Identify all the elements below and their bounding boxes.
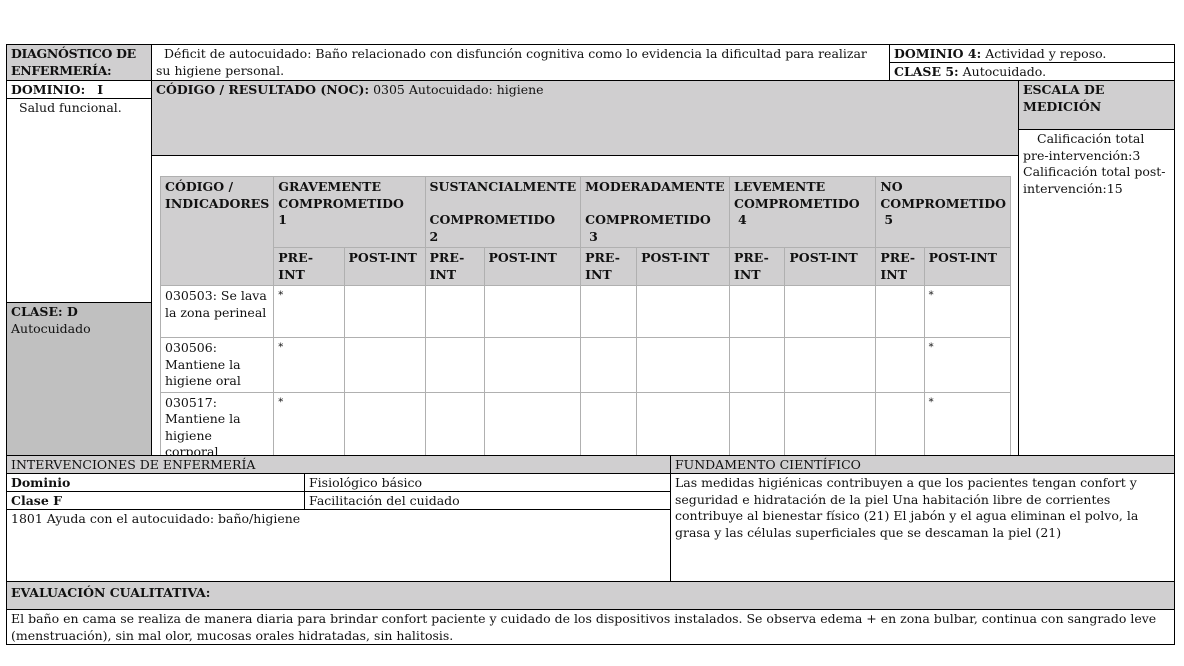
subheader: PRE-INT [876, 248, 924, 286]
escala-label: ESCALA DE MEDICIÓN [1018, 80, 1175, 130]
indicator-label: 030503: Se lava la zona perineal [161, 286, 274, 338]
indicator-label: 030517: Mantiene la higiene corporal [161, 392, 274, 463]
evaluacion-text: El baño en cama se realiza de manera dia… [6, 609, 1175, 645]
subheader: POST-INT [785, 248, 876, 286]
fundamento-text: Las medidas higiénicas contribuyen a que… [670, 473, 1175, 582]
clase-5-value: Autocuidado. [963, 64, 1046, 79]
score-cell [484, 392, 581, 463]
diagnostico-clase: CLASE 5: Autocuidado. [889, 62, 1175, 81]
left-dominio-value: I [97, 82, 103, 97]
noc-value: 0305 Autocuidado: higiene [373, 82, 544, 97]
subheader: POST-INT [344, 248, 425, 286]
escala-pre-value: 3 [1132, 148, 1140, 163]
score-cell [581, 286, 637, 338]
subheader: POST-INT [924, 248, 1010, 286]
subheader-row: PRE-INT POST-INT PRE-INT POST-INT PRE-IN… [161, 248, 1011, 286]
score-cell: * [274, 338, 344, 393]
left-clase-text: Autocuidado [11, 321, 147, 338]
score-cell: * [924, 338, 1010, 393]
indicators-table: CÓDIGO / INDICADORES GRAVEMENTECOMPROMET… [160, 176, 1011, 464]
escala-pre-label: Calificación total pre-intervención: [1023, 131, 1144, 163]
evaluacion-title: EVALUACIÓN CUALITATIVA: [6, 581, 1175, 610]
clase-5-label: CLASE 5: [894, 64, 959, 79]
score-cell [637, 286, 730, 338]
intervenciones-clase-label: Clase F [6, 491, 305, 510]
indicator-row: 030503: Se lava la zona perineal** [161, 286, 1011, 338]
subheader: PRE-INT [425, 248, 484, 286]
intervenciones-title: INTERVENCIONES DE ENFERMERÍA [6, 455, 671, 474]
score-cell [730, 286, 785, 338]
intervenciones-text: 1801 Ayuda con el autocuidado: baño/higi… [6, 509, 671, 582]
header-level-4: LEVEMENTECOMPROMETIDO4 [730, 177, 876, 248]
noc-header: CÓDIGO / RESULTADO (NOC): 0305 Autocuida… [151, 80, 1019, 156]
score-cell [637, 338, 730, 393]
left-clase: CLASE: D Autocuidado [6, 302, 152, 456]
subheader: POST-INT [484, 248, 581, 286]
header-level-5: NOCOMPROMETIDO5 [876, 177, 1011, 248]
score-cell [637, 392, 730, 463]
score-cell [876, 338, 924, 393]
noc-label: CÓDIGO / RESULTADO (NOC): [156, 82, 369, 97]
score-cell [876, 286, 924, 338]
score-cell [484, 286, 581, 338]
dominio-4-label: DOMINIO 4: [894, 46, 981, 61]
score-cell [785, 338, 876, 393]
header-level-3: MODERADAMENTE COMPROMETIDO3 [581, 177, 730, 248]
indicator-row: 030517: Mantiene la higiene corporal** [161, 392, 1011, 463]
score-cell [484, 338, 581, 393]
score-cell [876, 392, 924, 463]
score-cell: * [274, 392, 344, 463]
header-level-1: GRAVEMENTECOMPROMETIDO1 [274, 177, 425, 248]
escala-values: Calificación total pre-intervención:3 Ca… [1018, 129, 1175, 456]
fundamento-title: FUNDAMENTO CIENTÍFICO [670, 455, 1175, 474]
escala-post-label: Calificación total post-intervención: [1023, 164, 1166, 196]
intervenciones-dominio-value: Fisiológico básico [304, 473, 671, 492]
score-cell [425, 338, 484, 393]
diagnostico-label: DIAGNÓSTICO DE ENFERMERÍA: [6, 44, 152, 81]
score-cell: * [924, 286, 1010, 338]
score-cell [785, 286, 876, 338]
escala-post-value: 15 [1107, 181, 1123, 196]
subheader: PRE-INT [274, 248, 344, 286]
left-dominio-header: DOMINIO: I [6, 80, 152, 99]
subheader: POST-INT [637, 248, 730, 286]
score-cell: * [274, 286, 344, 338]
score-cell [344, 286, 425, 338]
score-cell [581, 338, 637, 393]
score-cell [730, 392, 785, 463]
score-cell [344, 392, 425, 463]
indicator-row: 030506: Mantiene la higiene oral** [161, 338, 1011, 393]
diagnostico-text: Déficit de autocuidado: Baño relacionado… [151, 44, 890, 81]
subheader: PRE-INT [581, 248, 637, 286]
score-cell [344, 338, 425, 393]
left-dominio-text: Salud funcional. [6, 98, 152, 303]
score-cell [425, 392, 484, 463]
indicator-label: 030506: Mantiene la higiene oral [161, 338, 274, 393]
score-cell [785, 392, 876, 463]
score-cell [581, 392, 637, 463]
left-clase-label: CLASE: D [11, 304, 147, 321]
diagnostico-dominio: DOMINIO 4: Actividad y reposo. [889, 44, 1175, 63]
score-cell: * [924, 392, 1010, 463]
intervenciones-clase-value: Facilitación del cuidado [304, 491, 671, 510]
score-cell [425, 286, 484, 338]
dominio-4-value: Actividad y reposo. [985, 46, 1106, 61]
header-codigo: CÓDIGO / INDICADORES [161, 177, 274, 286]
score-cell [730, 338, 785, 393]
left-dominio-label: DOMINIO: [11, 82, 85, 97]
subheader: PRE-INT [730, 248, 785, 286]
header-level-2: SUSTANCIALMENTE COMPROMETIDO2 [425, 177, 581, 248]
intervenciones-dominio-label: Dominio [6, 473, 305, 492]
